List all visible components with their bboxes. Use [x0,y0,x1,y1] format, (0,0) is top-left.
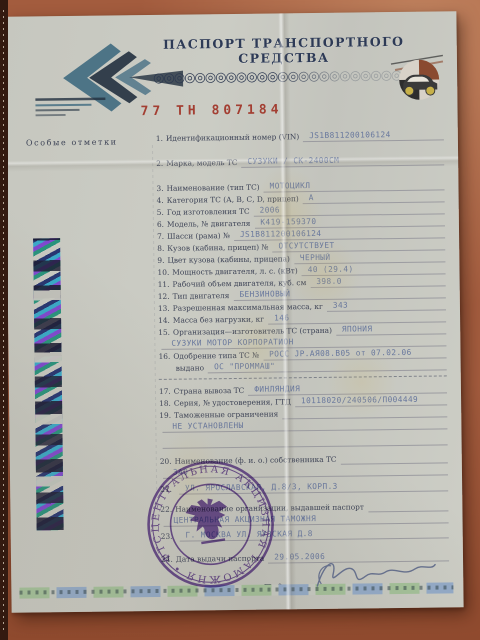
field-value: JS1B811200106124 [303,129,444,142]
field-label: Одобрение типа ТС № [173,351,259,362]
form-field-row: 2. Марка, модель ТС СУЗУКИ / СК-2400СМ [156,154,444,169]
field-number: 11. [158,280,170,290]
field-number: 4. [157,196,164,206]
hologram-security-strip [33,238,64,530]
field-label: Рабочий объем двигателя, куб. см [172,278,306,290]
field-label: Шасси (рама) № [167,231,230,242]
field-number: 5. [157,208,164,218]
field-label: Организация—изготовитель ТС (страна) [173,326,332,338]
field-label: выдано [176,363,205,373]
field-label: Марка, модель ТС [166,158,237,169]
field-number: 1. [156,134,163,144]
field-value: 2006 [254,203,445,216]
signature [311,553,440,599]
field-number: 17. [159,387,171,397]
field-label: Идентификационный номер (VIN) [166,132,299,144]
field-label: Наименование (тип ТС) [166,183,259,194]
field-number: 3. [156,184,163,194]
field-number: 19. [159,411,171,421]
field-value: НЕ УСТАНОВЛЕНЫ [162,418,447,432]
field-value: 10118020/240506/П004449 [295,394,447,407]
field-value: 146 [268,311,446,324]
field-value: ЯПОНИЯ [336,323,446,335]
field-label: Серия, № удостоверения, ГТД [174,397,291,408]
field-value: РОСС JP.АЯ08.В05 от 07.02.06 [263,347,447,360]
field-label: Модель, № двигателя [167,219,251,230]
field-label: Кузов (кабина, прицеп) № [167,243,268,254]
double-eagle-emblem [184,496,232,546]
document-title: ПАСПОРТ ТРАНСПОРТНОГО СРЕДСТВА [123,33,445,67]
field-value: 398.0 [310,275,445,288]
form-field-row: 1. Идентификационный номер (VIN) JS1B811… [156,129,444,144]
field-value: ОС "ПРОММАШ" [208,359,447,373]
form-field-row: НЕ УСТАНОВЛЕНЫ [159,418,447,433]
special-marks-label: Особые отметки [26,137,146,147]
field-value: ЧЕРНЫЙ [294,251,446,264]
field-number: 14. [158,316,170,326]
field-label: Цвет кузова (кабины, прицепа) [167,254,290,265]
field-number: 9. [157,256,164,266]
field-number: 12. [158,292,170,302]
guilloche-band: ◎◎◎◎◎◎◎◎◎◎◎◎◎◎◎◎◎◎◎◎◎◎◎◎ [153,68,423,93]
field-value: 343 [327,299,446,311]
field-label: Категория ТС (А, В, С, D, прицеп) [167,194,299,206]
field-value: ОТСУТСТВУЕТ [272,239,445,252]
form-field-row: выдано ОС "ПРОММАШ" [159,359,447,374]
field-number: 16. [158,352,170,362]
section-separator [159,375,447,382]
field-number: 15. [158,328,170,338]
field-label: Год изготовления ТС [167,207,250,218]
field-number: 18. [159,399,171,409]
field-value: СУЗУКИ / СК-2400СМ [241,154,444,167]
field-label: Мощность двигателя, л. с. (кВт) [172,266,298,278]
photo-left-edge [0,0,8,640]
field-number: 2. [156,159,163,169]
field-number: 13. [158,304,170,314]
field-label: Таможенные ограничения [174,409,278,420]
field-number: 8. [157,244,164,254]
field-value: 40 (29.4) [302,263,446,276]
field-value: МОТОЦИКЛ [264,179,445,192]
field-value: А [303,191,445,204]
customs-round-stamp: ЦЕНТРАЛЬНАЯ АКЦИЗНАЯ ТАМОЖНЯ • ФТС РОССИ… [122,435,300,613]
field-label: Тип двигателя [173,291,230,302]
field-label: Страна вывоза ТС [174,386,245,397]
field-value: К419-159370 [254,215,445,228]
field-number: 6. [157,220,164,230]
field-label: Масса без нагрузки, кг [173,315,264,326]
field-label: Разрешенная максимальная масса, кг [173,302,323,314]
field-number: 10. [157,268,169,278]
vehicle-passport-sheet: ◎◎◎◎◎◎◎◎◎◎◎◎◎◎◎◎◎◎◎◎◎◎◎◎ ПАСПОРТ ТРАНСПО… [4,11,463,612]
field-number: 7. [157,232,164,242]
